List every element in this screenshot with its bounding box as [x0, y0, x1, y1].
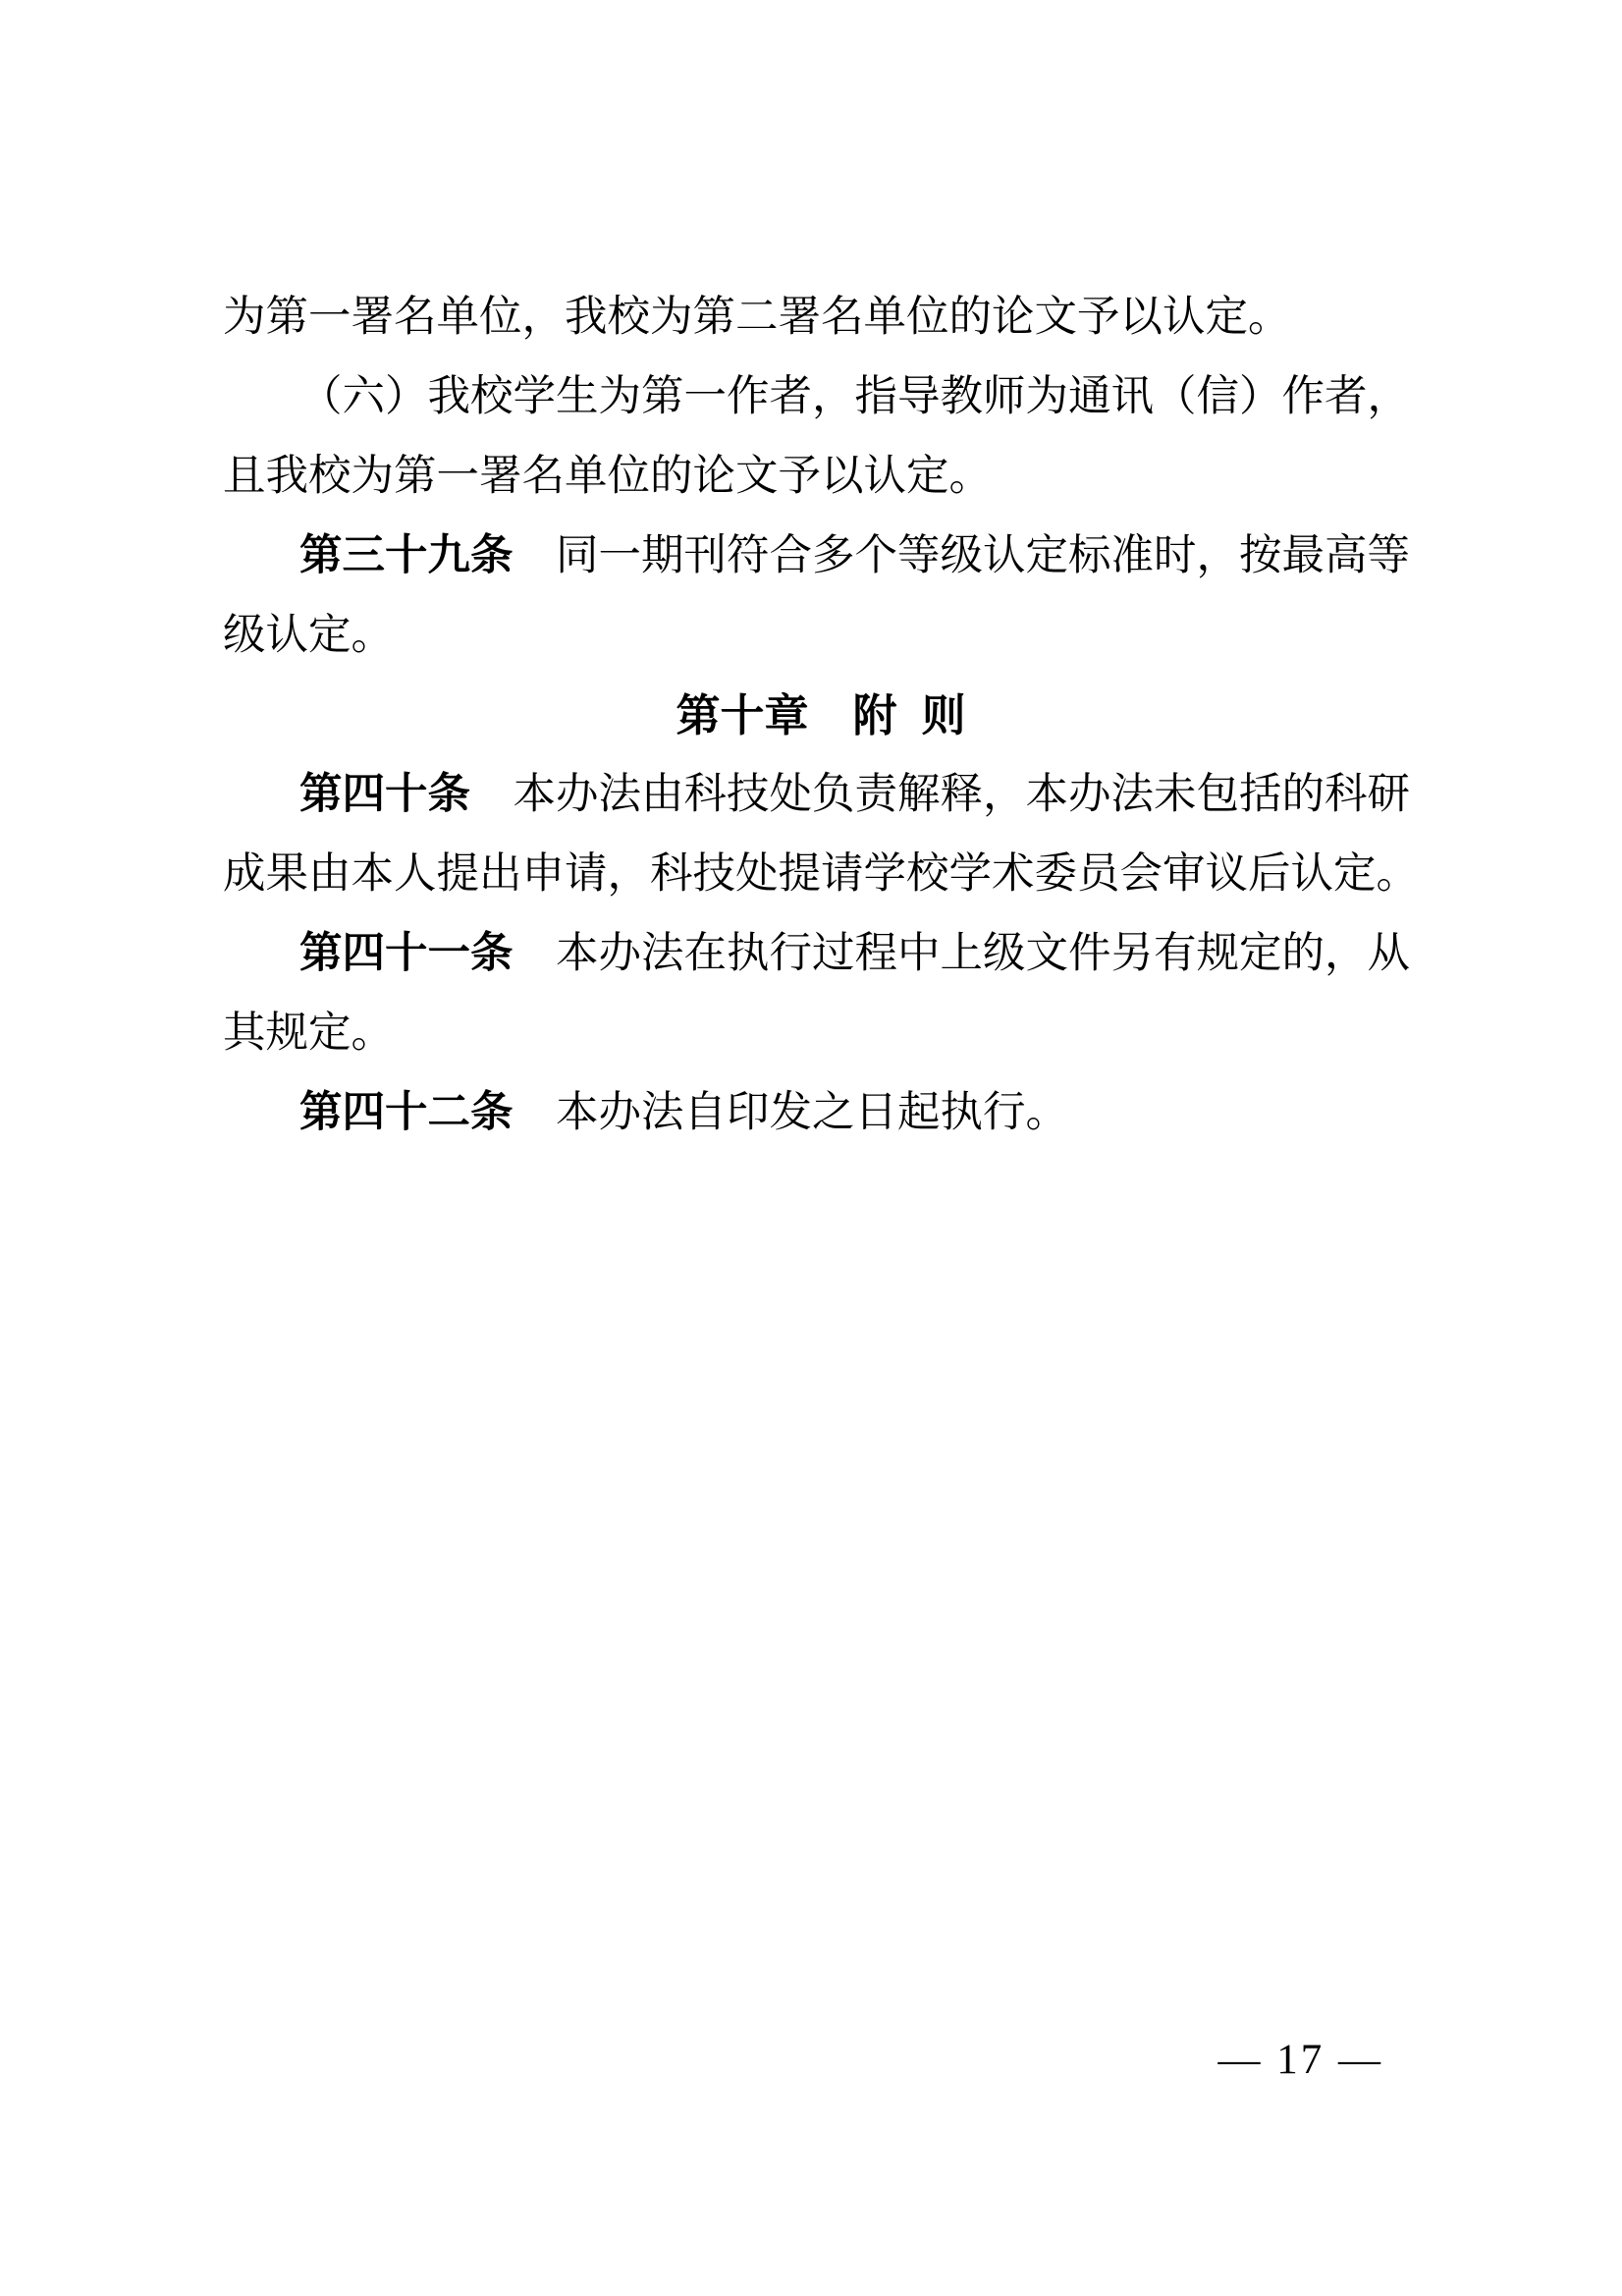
- paragraph-item-six: （六）我校学生为第一作者，指导教师为通讯（信）作者， 且我校为第一署名单位的论文…: [223, 357, 1419, 517]
- article-40-number: 第四十条: [299, 771, 470, 818]
- article-42-body: 本办法自印发之日起执行。: [514, 1089, 1069, 1136]
- paragraph-article-40: 第四十条 本办法由科技处负责解释，本办法未包括的科研 成果由本人提出申请，科技处…: [223, 755, 1419, 914]
- article-39-number: 第三十九条: [299, 532, 514, 579]
- article-42-number: 第四十二条: [299, 1089, 514, 1136]
- document-page: 为第一署名单位，我校为第二署名单位的论文予以认定。 （六）我校学生为第一作者，指…: [0, 0, 1622, 2296]
- paragraph-article-39: 第三十九条 同一期刊符合多个等级认定标准时，按最高等 级认定。: [223, 517, 1419, 676]
- article-41-number: 第四十一条: [299, 930, 514, 977]
- chapter-10-heading: 第十章 附 则: [223, 676, 1419, 755]
- page-number: — 17 —: [1218, 2037, 1384, 2084]
- document-text-block: 为第一署名单位，我校为第二署名单位的论文予以认定。 （六）我校学生为第一作者，指…: [223, 278, 1419, 1153]
- paragraph-article-42: 第四十二条 本办法自印发之日起执行。: [223, 1073, 1419, 1153]
- paragraph-article-41: 第四十一条 本办法在执行过程中上级文件另有规定的，从 其规定。: [223, 914, 1419, 1073]
- paragraph-continuation: 为第一署名单位，我校为第二署名单位的论文予以认定。: [223, 278, 1419, 357]
